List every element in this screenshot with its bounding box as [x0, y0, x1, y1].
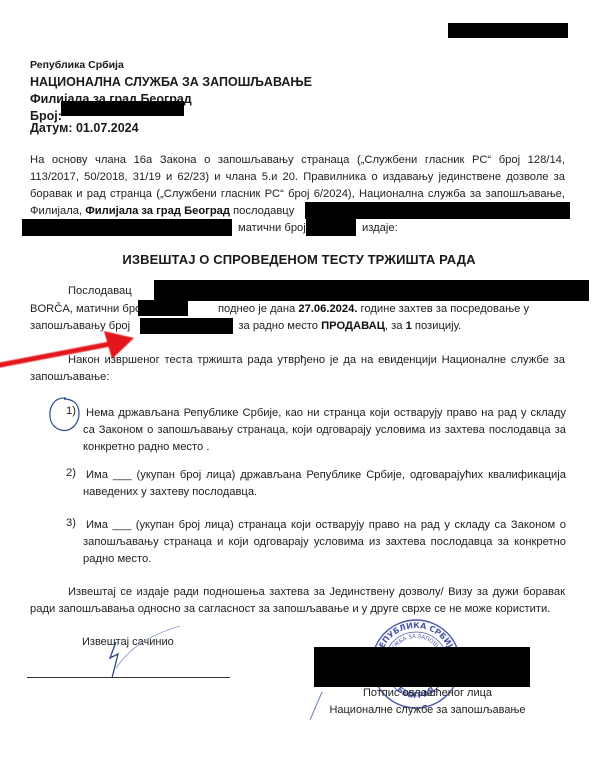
- employer-line-2: BORČA, матични број поднео је дана 27.06…: [30, 301, 529, 318]
- result-line-2: запошљавање:: [30, 369, 109, 386]
- intro-branch-prefix: Филијала,: [30, 205, 85, 217]
- intro-line-2: 113/2017, 50/2018, 31/19 и 62/23) и члан…: [30, 169, 565, 186]
- employer-registration-label: BORČA, матични број: [30, 303, 144, 315]
- request-date: 27.06.2024.: [298, 303, 357, 315]
- signature-left: [100, 624, 190, 682]
- finding-1-line: Нема држављана Републике Србије, као ни …: [86, 405, 566, 422]
- redacted-registration-number: [306, 219, 356, 236]
- finding-1-line: конкретно радно место .: [83, 439, 566, 456]
- finding-number: 2): [66, 467, 76, 479]
- intro-branch-bold: Филијала за град Београд: [85, 205, 230, 217]
- closing-line-2: ради запошљавања односно за сагласност з…: [30, 601, 550, 618]
- hand-drawn-circle-annotation: [46, 395, 90, 435]
- position-count-prefix: , за: [385, 320, 406, 332]
- employer-label: Послодавац: [68, 283, 132, 300]
- redacted-document-number: [61, 101, 184, 116]
- result-line-1: Након извршеног теста тржишта рада утврђ…: [68, 352, 565, 369]
- finding-2-line: Има ___ (укупан број лица) држављана Реп…: [86, 467, 566, 484]
- intro-line-4: Филијала, Филијала за град Београд посло…: [30, 203, 294, 220]
- position-name: ПРОДАВАЦ: [321, 320, 385, 332]
- redacted-employer-name: [305, 202, 570, 219]
- closing-line-1: Извештај се издаје ради подношења захтев…: [68, 584, 565, 601]
- redacted-top-right: [448, 23, 568, 38]
- intro-line-1: На основу члана 16а Закона о запошљавању…: [30, 152, 565, 169]
- intro-issues: издаје:: [362, 220, 398, 237]
- authorized-agency-label: Националне службе за запошљавање: [320, 704, 535, 716]
- intro-employer-label: послодавцу: [230, 205, 294, 217]
- employer-request-text: године захтев за посредовање у: [357, 303, 529, 315]
- redacted-employer-address: [22, 219, 232, 236]
- document-title: ИЗВЕШТАЈ О СПРОВЕДЕНОМ ТЕСТУ ТРЖИШТА РАД…: [0, 252, 598, 267]
- position-count-suffix: позицију.: [412, 320, 461, 332]
- header-date-label: Датум:: [30, 121, 73, 135]
- finding-3-line: радно место.: [83, 551, 566, 568]
- finding-number: 3): [66, 517, 76, 529]
- redacted-employer-full: [154, 280, 589, 301]
- header-date-value: 01.07.2024: [76, 121, 139, 135]
- redacted-authorized-signature-name: [314, 647, 530, 687]
- intro-line-3: боравак и рад странца („Службени гласник…: [30, 186, 565, 203]
- employer-submitted-label: поднео је дана: [218, 303, 298, 315]
- header-agency: НАЦИОНАЛНА СЛУЖБА ЗА ЗАПОШЉАВАЊЕ: [30, 74, 312, 91]
- finding-3-line: запошљавању странаца и који одговарају у…: [83, 534, 566, 551]
- authorized-signature-label: Потпис овлашћеног лица: [320, 687, 535, 699]
- finding-1-line: са Законом о запошљавању странаца, који …: [83, 422, 566, 439]
- finding-3-line: Има ___ (укупан број лица) странаца који…: [86, 517, 566, 534]
- header-republic: Република Србија: [30, 57, 124, 74]
- intro-registration-label: матични број: [238, 220, 306, 237]
- redacted-request-number: [140, 318, 233, 334]
- position-label: за радно место: [238, 320, 321, 332]
- redacted-employer-registration: [138, 300, 188, 316]
- signature-line-left: [27, 677, 230, 678]
- finding-2-line: наведених у захтеву послодавца.: [83, 484, 566, 501]
- header-date: Датум: 01.07.2024: [30, 120, 139, 137]
